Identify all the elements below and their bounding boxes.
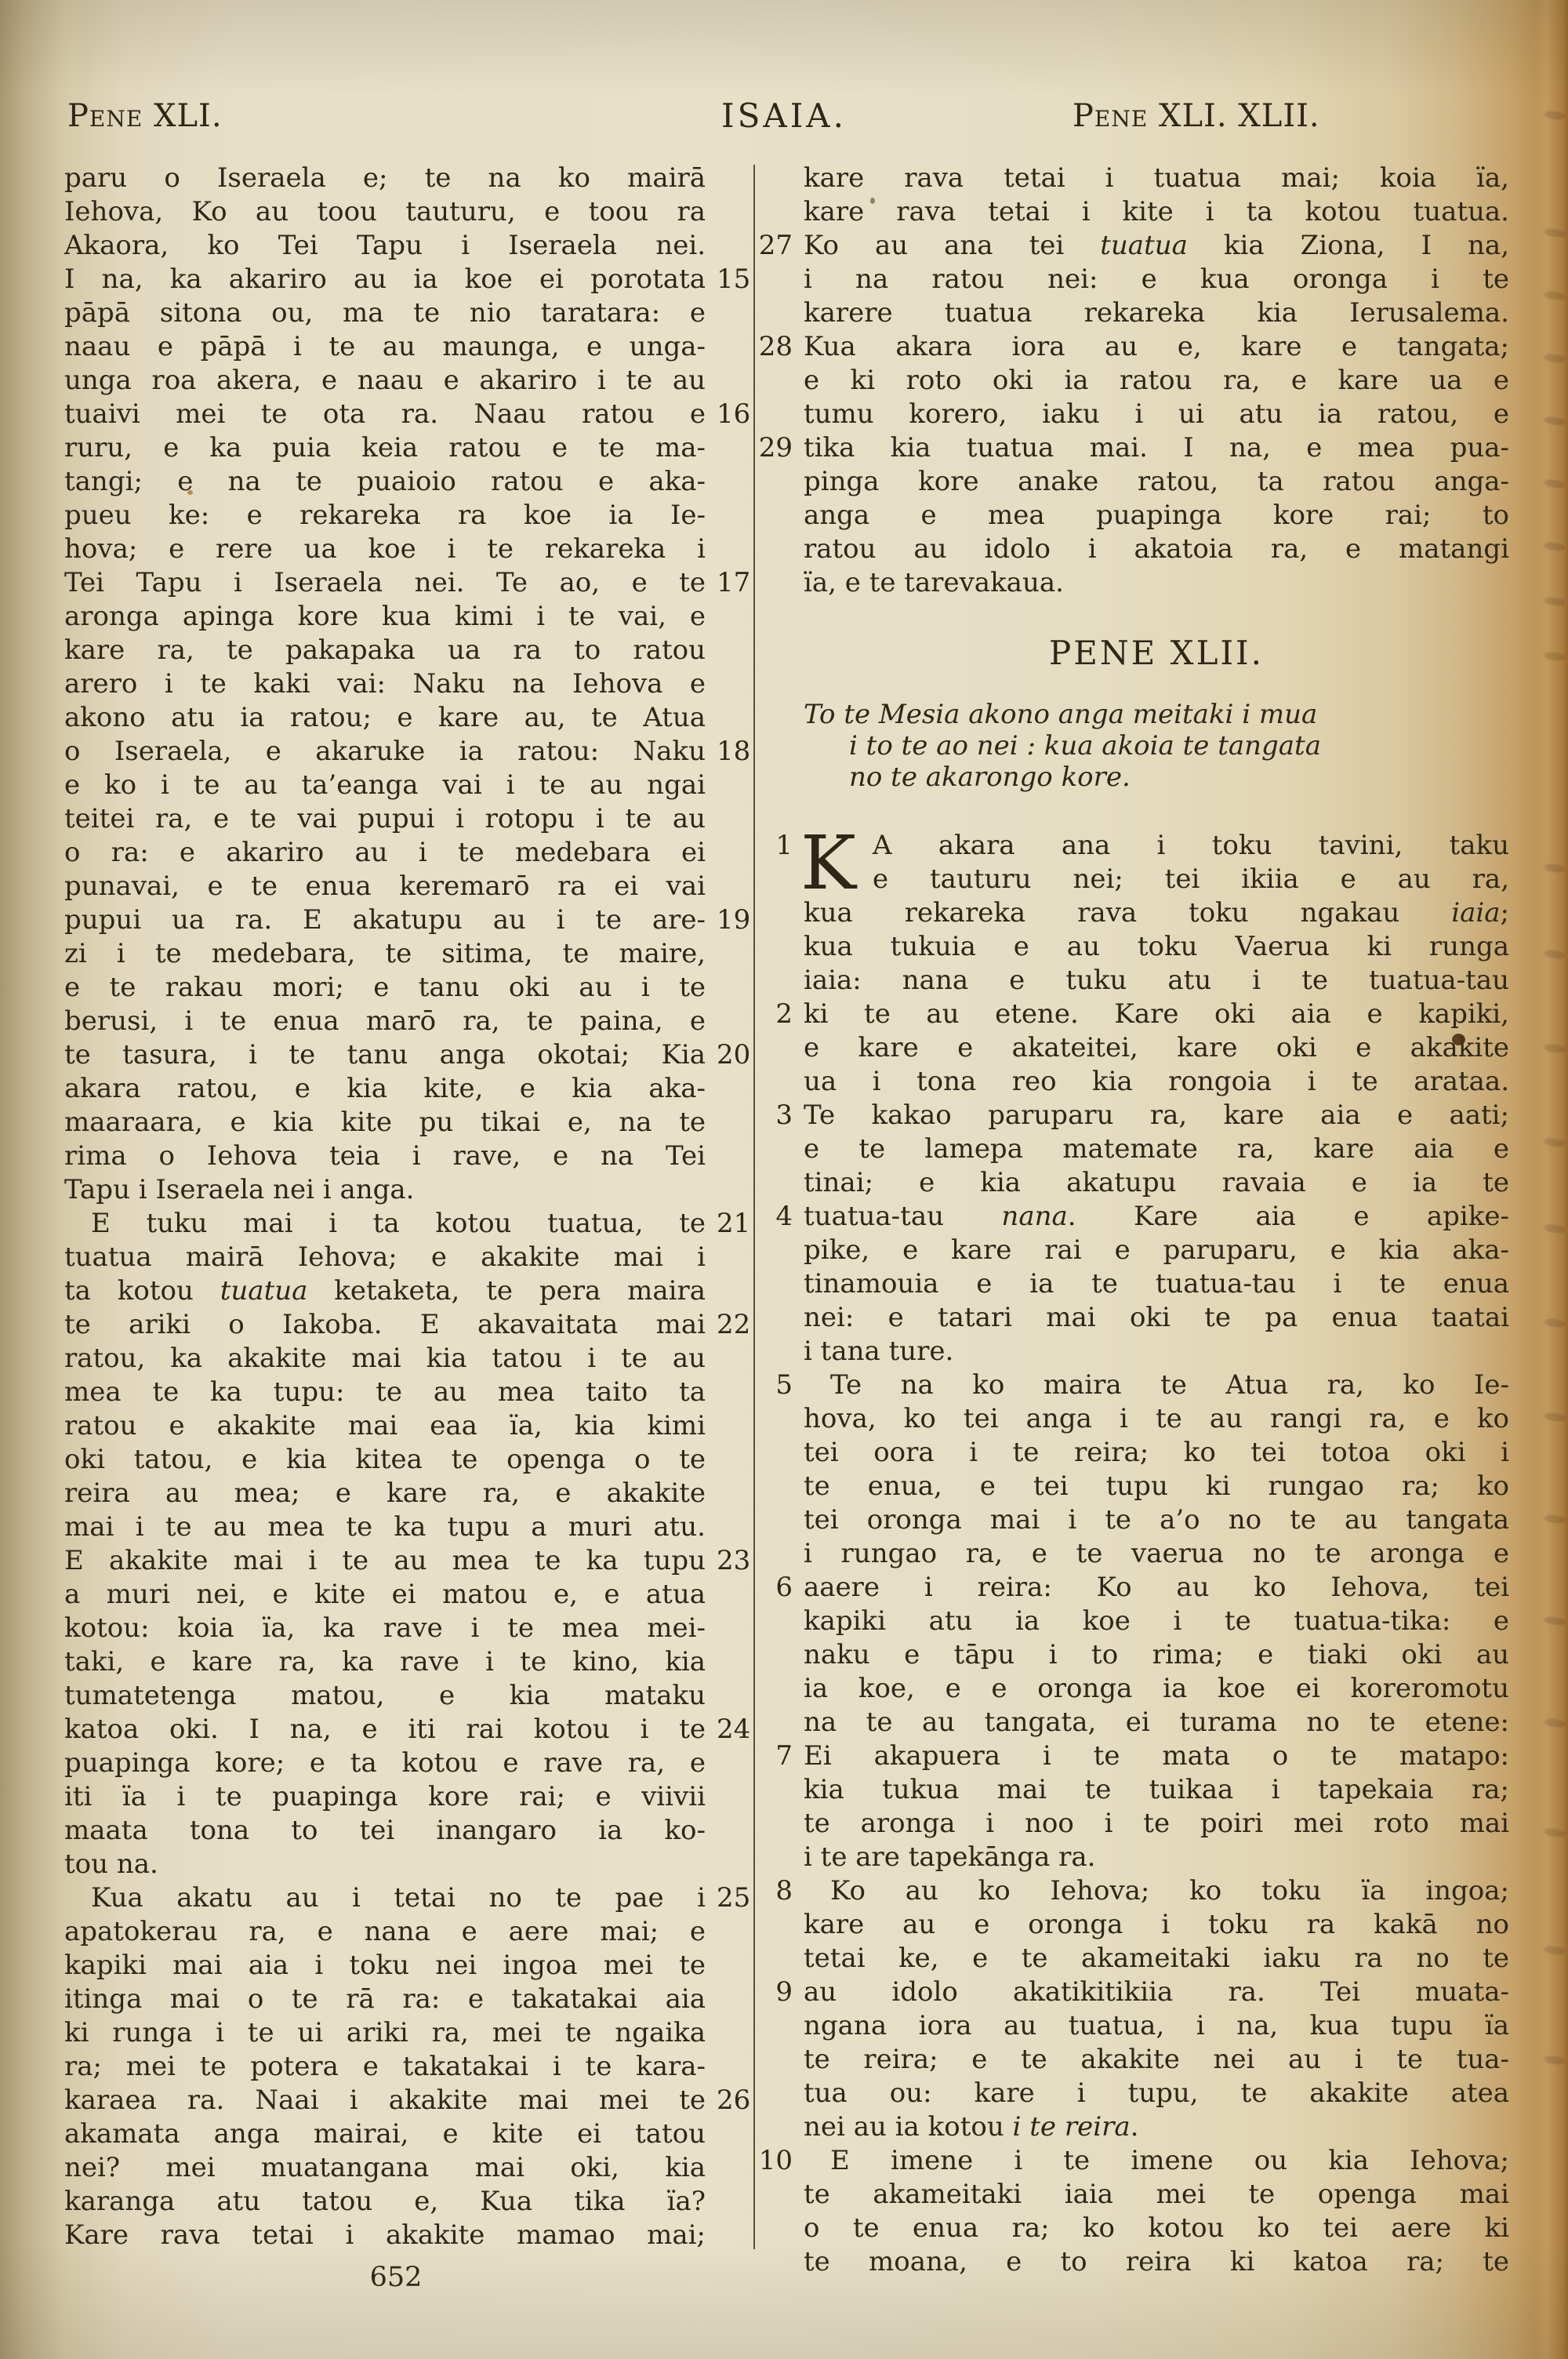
text-line: ki te au etene. Kare oki aia e kapiki,2 [804,998,1509,1031]
text-line: kua rekareka rava toku ngakau iaia; [804,896,1509,930]
line-text: oki tatou, e kia kitea te openga o te [64,1443,706,1477]
page-edge-text-mark [1544,541,1565,551]
verse-number: 19 [717,903,750,937]
line-text: ra; mei te potera e takatakai i te kara- [64,2050,706,2084]
right-column: kare rava tetai i tuatua mai; koia ïa,ka… [804,162,1509,2279]
text-line: puapinga kore; e ta kotou e rave ra, e [64,1747,706,1780]
page-edge-text-mark [1544,1137,1565,1147]
line-text: kare rava tetai i tuatua mai; koia ïa, [804,162,1509,195]
line-text: karaea ra. Naai i akakite mai mei te [64,2084,706,2117]
line-text: e te rakau mori; e tanu oki au i te [64,971,706,1005]
line-text: kare ra, te pakapaka ua ra to ratou [64,634,706,667]
text-line: e ko i te au ta’eanga vai i te au ngai [64,769,706,802]
line-text: au idolo akatikitikiia ra. Tei muata- [804,1976,1509,2009]
text-line: punavai, e te enua keremarō ra ei vai [64,870,706,903]
text-line: nei au ia kotou i te reira. [804,2110,1509,2144]
chapter-summary-line: no te akarongo kore. [804,761,1509,793]
text-line: nei? mei muatangana mai oki, kia [64,2151,706,2185]
text-line: Tei Tapu i Iseraela nei. Te ao, e te17 [64,566,706,600]
line-text: nei? mei muatangana mai oki, kia [64,2151,706,2185]
text-line: itinga mai o te rā ra: e takatakai aia [64,1983,706,2016]
page-edge-text-mark [1544,1616,1565,1626]
verse-number: 9 [775,1976,793,2009]
line-text: nei au ia kotou i te reira. [804,2110,1509,2144]
text-line: rima o Iehova teia i rave, e na Tei [64,1140,706,1173]
text-line: E imene i te imene ou kia Iehova;10 [804,2144,1509,2178]
page-edge-text-mark [1544,1717,1565,1728]
line-text: o ra: e akariro au i te medebara ei [64,836,706,870]
line-text: taki, e kare ra, ka rave i te kino, kia [64,1645,706,1679]
line-text: ta kotou tuatua ketaketa, te pera maira [64,1274,706,1308]
page-edge-text-mark [1544,651,1565,661]
verse-number: 7 [775,1739,793,1773]
text-line: aronga apinga kore kua kimi i te vai, e [64,600,706,634]
line-text: tinai; e kia akatupu ravaia e ia te [804,1166,1509,1200]
text-line: pinga kore anake ratou, ta ratou anga- [804,465,1509,499]
text-line: tumu korero, iaku i ui atu ia ratou, e [804,398,1509,431]
line-text: naku e tāpu i to rima; e tiaki oki au [804,1638,1509,1672]
line-text: tuatua mairā Iehova; e akakite mai i [64,1241,706,1274]
verse-number: 10 [759,2144,793,2178]
line-text: pike, e kare rai e paruparu, e kia aka- [804,1234,1509,1267]
line-text: zi i te medebara, te sitima, te maire, [64,937,706,971]
text-line: ra; mei te potera e takatakai i te kara- [64,2050,706,2084]
line-text: pinga kore anake ratou, ta ratou anga- [804,465,1509,499]
page-edge-text-mark [1544,596,1565,606]
text-line: tika kia tuatua mai. I na, e mea pua-29 [804,431,1509,465]
text-line: tinamouia e ia te tuatua-tau i te enua [804,1267,1509,1301]
text-line: unga roa akera, e naau e akariro i te au [64,364,706,398]
text-line: te reira; e te akakite nei au i te tua- [804,2043,1509,2077]
line-text: kua rekareka rava toku ngakau iaia; [804,896,1509,930]
line-text: tou na. [64,1848,706,1881]
verse-number: 16 [717,398,750,431]
line-text: aronga apinga kore kua kimi i te vai, e [64,600,706,634]
line-text: Te kakao paruparu ra, kare aia e aati; [804,1099,1509,1132]
line-text: rima o Iehova teia i rave, e na Tei [64,1140,706,1173]
verse-number: 17 [717,566,750,600]
ink-spot [1452,1034,1465,1045]
line-text: pāpā sitona ou, ma te nio taratara: e [64,296,706,330]
line-text: tuaivi mei te ota ra. Naau ratou e [64,398,706,431]
verse-number: 18 [717,735,750,769]
line-text: iaia: nana e tuku atu i te tuatua-tau [804,964,1509,998]
line-text: nei: e tatari mai oki te pa enua taatai [804,1301,1509,1335]
line-text: kapiki atu ia koe i te tuatua-tika: e [804,1605,1509,1638]
chapter-heading: PENE XLII. [804,631,1509,675]
line-text: ki runga i te ui ariki ra, mei te ngaika [64,2016,706,2050]
line-text: ratou, ka akakite mai kia tatou i te au [64,1342,706,1376]
text-line: karanga atu tatou e, Kua tika ïa? [64,2185,706,2219]
line-text: pupui ua ra. E akatupu au i te are- [64,903,706,937]
text-line: I na, ka akariro au ia koe ei porotata15 [64,263,706,296]
text-line: i tana ture. [804,1335,1509,1369]
text-line: Te na ko maira te Atua ra, ko Ie-5 [804,1369,1509,1402]
text-line: maaraara, e kia kite pu tikai e, na te [64,1106,706,1140]
line-text: E imene i te imene ou kia Iehova; [804,2144,1509,2178]
line-text: mea te ka tupu: te au mea taito ta [64,1376,706,1409]
page-edge-text-mark [1544,416,1565,426]
line-text: kua tukuia e au toku Vaerua ki runga [804,930,1509,964]
text-line: paru o Iseraela e; te na ko mairā [64,162,706,195]
line-text: E tuku mai i ta kotou tuatua, te [64,1207,706,1241]
line-text: o te enua ra; ko kotou ko tei aere ki [804,2212,1509,2245]
text-line: e te rakau mori; e tanu oki au i te [64,971,706,1005]
line-text: akara ratou, e kia kite, e kia aka- [64,1072,706,1106]
text-line: te moana, e to reira ki katoa ra; te [804,2245,1509,2279]
text-line: Iehova, Ko au toou tauturu, e toou ra [64,195,706,229]
text-line: teitei ra, e te vai pupui i rotopu i te … [64,802,706,836]
text-line: tangi; e na te puaioio ratou e aka- [64,465,706,499]
text-line: pike, e kare rai e paruparu, e kia aka- [804,1234,1509,1267]
ink-spot [187,490,193,495]
verse-number: 6 [775,1571,793,1605]
text-line: tua ou: kare i tupu, te akakite atea [804,2077,1509,2110]
line-text: tei oronga mai i te a’o no te au tangata [804,1503,1509,1537]
verse-number: 27 [759,229,793,263]
line-text: te enua, e tei tupu ki rungao ra; ko [804,1470,1509,1503]
verse-number: 5 [775,1369,793,1402]
text-line: ratou au idolo i akatoia ra, e matangi [804,533,1509,566]
page-edge-text-mark [1544,1043,1565,1053]
text-line: akara ratou, e kia kite, e kia aka- [64,1072,706,1106]
line-text: kotou: koia ïa, ka rave i te mea mei- [64,1612,706,1645]
line-text: tangi; e na te puaioio ratou e aka- [64,465,706,499]
line-text: itinga mai o te rā ra: e takatakai aia [64,1983,706,2016]
line-text: e tauturu nei; tei ikiia e au ra, [804,863,1509,896]
page-edge-text-mark [1544,1318,1565,1328]
line-text: te tasura, i te tanu anga okotai; Kia [64,1038,706,1072]
text-line: KA akara ana i toku tavini, taku1 [804,829,1509,863]
text-line: reira au mea; e kare ra, e akakite [64,1477,706,1510]
text-line: pueu ke: e rekareka ra koe ia Ie- [64,499,706,533]
text-line: akono atu ia ratou; e kare au, te Atua [64,701,706,735]
line-text: te ariki o Iakoba. E akavaitata mai [64,1308,706,1342]
page-edge-text-mark [1544,110,1565,120]
line-text: paru o Iseraela e; te na ko mairā [64,162,706,195]
text-line: Ko au ana tei tuatua kia Ziona, I na,27 [804,229,1509,263]
text-line: mea te ka tupu: te au mea taito ta [64,1376,706,1409]
text-line: naku e tāpu i to rima; e tiaki oki au [804,1638,1509,1672]
page-number: 652 [337,2262,455,2293]
text-line: ratou, ka akakite mai kia tatou i te au [64,1342,706,1376]
text-line: te aronga i noo i te poiri mei roto mai [804,1807,1509,1841]
line-text: apatokerau ra, e nana e aere mai; e [64,1915,706,1949]
text-line: e te lamepa matemate ra, kare aia e [804,1132,1509,1166]
line-text: arero i te kaki vai: Naku na Iehova e [64,667,706,701]
line-text: ïa, e te tarevakaua. [804,566,1509,600]
verse-number: 2 [775,998,793,1031]
page-edge-text-mark [1544,1412,1565,1422]
page-edge-text-mark [1544,1514,1565,1524]
text-line: te enua, e tei tupu ki rungao ra; ko [804,1470,1509,1503]
text-line: kia tukua mai te tuikaa i tapekaia ra; [804,1773,1509,1807]
text-line: berusi, i te enua marō ra, te paina, e [64,1005,706,1038]
page-edge-text-mark [1544,863,1565,873]
text-line: tou na. [64,1848,706,1881]
text-line: kua tukuia e au toku Vaerua ki runga [804,930,1509,964]
text-line: Kua akara iora au e, kare e tangata;28 [804,330,1509,364]
line-text: maaraara, e kia kite pu tikai e, na te [64,1106,706,1140]
text-line: i te are tapekānga ra. [804,1841,1509,1874]
line-text: tika kia tuatua mai. I na, e mea pua- [804,431,1509,465]
text-line: ratou e akakite mai eaa ïa, kia kimi [64,1409,706,1443]
line-text: e kare e akateitei, kare oki e akakite [804,1031,1509,1065]
line-text: tumatetenga matou, e kia mataku [64,1679,706,1713]
line-text: kapiki mai aia i toku nei ingoa mei te [64,1949,706,1983]
text-line: a muri nei, e kite ei matou e, e atua [64,1578,706,1612]
text-line: nei: e tatari mai oki te pa enua taatai [804,1301,1509,1335]
text-line: naau e pāpā i te au maunga, e unga- [64,330,706,364]
text-line: tuatua mairā Iehova; e akakite mai i [64,1241,706,1274]
line-text: hova, ko tei anga i te au rangi ra, e ko [804,1402,1509,1436]
line-text: na te au tangata, ei turama no te etene: [804,1706,1509,1739]
page-edge-text-mark [1544,353,1565,363]
line-text: ua i tona reo kia rongoia i te arataa. [804,1065,1509,1099]
line-text: berusi, i te enua marō ra, te paina, e [64,1005,706,1038]
text-line: karaea ra. Naai i akakite mai mei te26 [64,2084,706,2117]
line-text: kare rava tetai i kite i ta kotou tuatua… [804,195,1509,229]
line-text: pueu ke: e rekareka ra koe ia Ie- [64,499,706,533]
ink-spot [870,198,875,204]
line-text: aaere i reira: Ko au ko Iehova, tei [804,1571,1509,1605]
header-book-title: ISAIA. [0,96,1568,136]
line-text: tua ou: kare i tupu, te akakite atea [804,2077,1509,2110]
header-chapter-right: Pene XLI. XLII. [1073,96,1320,136]
book-page: Pene XLI. ISAIA. Pene XLI. XLII. paru o … [0,0,1568,2359]
verse-number: 23 [717,1544,750,1578]
text-line: apatokerau ra, e nana e aere mai; e [64,1915,706,1949]
verse-number: 15 [717,263,750,296]
text-line: karere tuatua rekareka kia Ierusalema. [804,296,1509,330]
text-line: zi i te medebara, te sitima, te maire, [64,937,706,971]
page-edge-text-mark [1544,478,1565,489]
book-fore-edge [1532,0,1568,2359]
line-text: hova; e rere ua koe i te rekareka i [64,533,706,566]
line-text: te aronga i noo i te poiri mei roto mai [804,1807,1509,1841]
text-line: Tapu i Iseraela nei i anga. [64,1173,706,1207]
verse-number: 20 [717,1038,750,1072]
left-column: paru o Iseraela e; te na ko mairāIehova,… [64,162,706,2252]
text-line: oki tatou, e kia kitea te openga o te [64,1443,706,1477]
line-text: maata tona to tei inangaro ia ko- [64,1814,706,1848]
text-line: ki runga i te ui ariki ra, mei te ngaika [64,2016,706,2050]
page-edge-text-mark [1544,2055,1565,2065]
line-text: Tapu i Iseraela nei i anga. [64,1173,706,1207]
chapter-summary-line: i to te ao nei : kua akoia te tangata [804,730,1509,761]
text-line: Te kakao paruparu ra, kare aia e aati;3 [804,1099,1509,1132]
text-line: aaere i reira: Ko au ko Iehova, tei6 [804,1571,1509,1605]
text-line: hova, ko tei anga i te au rangi ra, e ko [804,1402,1509,1436]
text-line: ia koe, e e oronga ia koe ei koreromotu [804,1672,1509,1706]
verse-number: 3 [775,1099,793,1132]
line-text: ratou e akakite mai eaa ïa, kia kimi [64,1409,706,1443]
verse-number: 4 [775,1200,793,1234]
line-text: o Iseraela, e akaruke ia ratou: Naku [64,735,706,769]
line-text: mai i te au mea te ka tupu a muri atu. [64,1510,706,1544]
text-line: au idolo akatikitikiia ra. Tei muata-9 [804,1976,1509,2009]
line-text: ruru, e ka puia keia ratou e te ma- [64,431,706,465]
line-text: Te na ko maira te Atua ra, ko Ie- [804,1369,1509,1402]
text-line: katoa oki. I na, e iti rai kotou i te24 [64,1713,706,1747]
line-text: iti ïa i te puapinga kore rai; e viivii [64,1780,706,1814]
line-text: e ko i te au ta’eanga vai i te au ngai [64,769,706,802]
text-line: E tuku mai i ta kotou tuatua, te21 [64,1207,706,1241]
line-text: te moana, e to reira ki katoa ra; te [804,2245,1509,2279]
text-line: ruru, e ka puia keia ratou e te ma- [64,431,706,465]
text-line: tei oora i te reira; ko tei totoa oki i [804,1436,1509,1470]
text-line: maata tona to tei inangaro ia ko- [64,1814,706,1848]
text-line: iaia: nana e tuku atu i te tuatua-tau [804,964,1509,998]
line-text: te reira; e te akakite nei au i te tua- [804,2043,1509,2077]
text-line: tei oronga mai i te a’o no te au tangata [804,1503,1509,1537]
verse-number: 21 [717,1207,750,1241]
line-text: punavai, e te enua keremarō ra ei vai [64,870,706,903]
text-line: pupui ua ra. E akatupu au i te are-19 [64,903,706,937]
text-line: kapiki atu ia koe i te tuatua-tika: e [804,1605,1509,1638]
text-line: taki, e kare ra, ka rave i te kino, kia [64,1645,706,1679]
page-edge-text-mark [1544,1223,1565,1234]
line-text: anga e mea puapinga kore rai; to [804,499,1509,533]
line-text: tumu korero, iaku i ui atu ia ratou, e [804,398,1509,431]
text-line: Ei akapuera i te mata o te matapo:7 [804,1739,1509,1773]
line-text: katoa oki. I na, e iti rai kotou i te [64,1713,706,1747]
text-line: kare rava tetai i kite i ta kotou tuatua… [804,195,1509,229]
verse-number: 22 [717,1308,750,1342]
text-line: Akaora, ko Tei Tapu i Iseraela nei. [64,229,706,263]
verse-number: 8 [775,1874,793,1908]
text-line: Kare rava tetai i akakite mamao mai; [64,2219,706,2252]
line-text: teitei ra, e te vai pupui i rotopu i te … [64,802,706,836]
line-text: Kua akatu au i tetai no te pae i [64,1881,706,1915]
text-line: mai i te au mea te ka tupu a muri atu. [64,1510,706,1544]
text-line: hova; e rere ua koe i te rekareka i [64,533,706,566]
line-text: tinamouia e ia te tuatua-tau i te enua [804,1267,1509,1301]
text-line: arero i te kaki vai: Naku na Iehova e [64,667,706,701]
text-line: te tasura, i te tanu anga okotai; Kia20 [64,1038,706,1072]
text-line: kare rava tetai i tuatua mai; koia ïa, [804,162,1509,195]
text-line: ua i tona reo kia rongoia i te arataa. [804,1065,1509,1099]
text-line: anga e mea puapinga kore rai; to [804,499,1509,533]
line-text: Kare rava tetai i akakite mamao mai; [64,2219,706,2252]
text-line: i rungao ra, e te vaerua no te aronga e [804,1537,1509,1571]
chapter-summary-line: To te Mesia akono anga meitaki i mua [804,699,1509,730]
line-text: Iehova, Ko au toou tauturu, e toou ra [64,195,706,229]
verse-number: 28 [759,330,793,364]
page-edge-text-mark [1544,1945,1565,1955]
text-line: tuaivi mei te ota ra. Naau ratou e16 [64,398,706,431]
text-line: kare au e oronga i toku ra kakā no [804,1908,1509,1942]
line-text: akono atu ia ratou; e kare au, te Atua [64,701,706,735]
text-line: tetai ke, e te akameitaki iaku ra no te [804,1942,1509,1976]
line-text: akamata anga mairai, e kite ei tatou [64,2117,706,2151]
text-line: te ariki o Iakoba. E akavaitata mai22 [64,1308,706,1342]
text-line: kapiki mai aia i toku nei ingoa mei te [64,1949,706,1983]
text-line: pāpā sitona ou, ma te nio taratara: e [64,296,706,330]
line-text: a muri nei, e kite ei matou e, e atua [64,1578,706,1612]
line-text: Ko au ko Iehova; ko toku ïa ingoa; [804,1874,1509,1908]
line-text: tei oora i te reira; ko tei totoa oki i [804,1436,1509,1470]
page-edge-text-mark [1544,227,1565,238]
line-text: i na ratou nei: e kua oronga i te [804,263,1509,296]
line-text: ngana iora au tuatua, i na, kua tupu ïa [804,2009,1509,2043]
verse-number: 24 [717,1713,750,1747]
line-text: I na, ka akariro au ia koe ei porotata [64,263,706,296]
line-text: e te lamepa matemate ra, kare aia e [804,1132,1509,1166]
line-text: A akara ana i toku tavini, taku [804,829,1509,863]
line-text: E akakite mai i te au mea te ka tupu [64,1544,706,1578]
text-line: na te au tangata, ei turama no te etene: [804,1706,1509,1739]
verse-number: 1 [775,829,793,863]
line-text: unga roa akera, e naau e akariro i te au [64,364,706,398]
text-line: e ki roto oki ia ratou ra, e kare ua e [804,364,1509,398]
line-text: puapinga kore; e ta kotou e rave ra, e [64,1747,706,1780]
text-line: e kare e akateitei, kare oki e akakite [804,1031,1509,1065]
verse-number: 29 [759,431,793,465]
line-text: ia koe, e e oronga ia koe ei koreromotu [804,1672,1509,1706]
line-text: tuatua-tau nana. Kare aia e apike- [804,1200,1509,1234]
line-text: naau e pāpā i te au maunga, e unga- [64,330,706,364]
text-line: o te enua ra; ko kotou ko tei aere ki [804,2212,1509,2245]
line-text: Ko au ana tei tuatua kia Ziona, I na, [804,229,1509,263]
text-line: tumatetenga matou, e kia mataku [64,1679,706,1713]
text-line: ngana iora au tuatua, i na, kua tupu ïa [804,2009,1509,2043]
text-line: kare ra, te pakapaka ua ra to ratou [64,634,706,667]
line-text: i te are tapekānga ra. [804,1841,1509,1874]
line-text: Tei Tapu i Iseraela nei. Te ao, e te [64,566,706,600]
verse-number: 26 [717,2084,750,2117]
line-text: kare au e oronga i toku ra kakā no [804,1908,1509,1942]
line-text: Ei akapuera i te mata o te matapo: [804,1739,1509,1773]
text-line: kotou: koia ïa, ka rave i te mea mei- [64,1612,706,1645]
page-edge-text-mark [1544,949,1565,959]
text-line: tuatua-tau nana. Kare aia e apike-4 [804,1200,1509,1234]
line-text: i rungao ra, e te vaerua no te aronga e [804,1537,1509,1571]
verse-number: 25 [717,1881,750,1915]
line-text: karanga atu tatou e, Kua tika ïa? [64,2185,706,2219]
column-divider-rule [753,165,755,2249]
running-header: Pene XLI. ISAIA. Pene XLI. XLII. [0,96,1568,136]
text-line: iti ïa i te puapinga kore rai; e viivii [64,1780,706,1814]
text-line: te akameitaki iaia mei te openga mai [804,2178,1509,2212]
line-text: i tana ture. [804,1335,1509,1369]
line-text: kia tukua mai te tuikaa i tapekaia ra; [804,1773,1509,1807]
line-text: Akaora, ko Tei Tapu i Iseraela nei. [64,229,706,263]
page-edge-text-mark [1544,1827,1565,1837]
line-text: karere tuatua rekareka kia Ierusalema. [804,296,1509,330]
text-line: ïa, e te tarevakaua. [804,566,1509,600]
line-text: reira au mea; e kare ra, e akakite [64,1477,706,1510]
text-line: ta kotou tuatua ketaketa, te pera maira [64,1274,706,1308]
line-text: ratou au idolo i akatoia ra, e matangi [804,533,1509,566]
text-line: E akakite mai i te au mea te ka tupu23 [64,1544,706,1578]
page-edge-text-mark [1544,290,1565,300]
line-text: ki te au etene. Kare oki aia e kapiki, [804,998,1509,1031]
line-text: Kua akara iora au e, kare e tangata; [804,330,1509,364]
text-line: akamata anga mairai, e kite ei tatou [64,2117,706,2151]
chapter-summary: To te Mesia akono anga meitaki i muai to… [804,699,1509,793]
text-line: Kua akatu au i tetai no te pae i25 [64,1881,706,1915]
text-line: Ko au ko Iehova; ko toku ïa ingoa;8 [804,1874,1509,1908]
line-text: te akameitaki iaia mei te openga mai [804,2178,1509,2212]
text-line: i na ratou nei: e kua oronga i te [804,263,1509,296]
text-line: e tauturu nei; tei ikiia e au ra, [804,863,1509,896]
line-text: e ki roto oki ia ratou ra, e kare ua e [804,364,1509,398]
text-line: tinai; e kia akatupu ravaia e ia te [804,1166,1509,1200]
text-line: o ra: e akariro au i te medebara ei [64,836,706,870]
text-line: o Iseraela, e akaruke ia ratou: Naku18 [64,735,706,769]
line-text: tetai ke, e te akameitaki iaku ra no te [804,1942,1509,1976]
